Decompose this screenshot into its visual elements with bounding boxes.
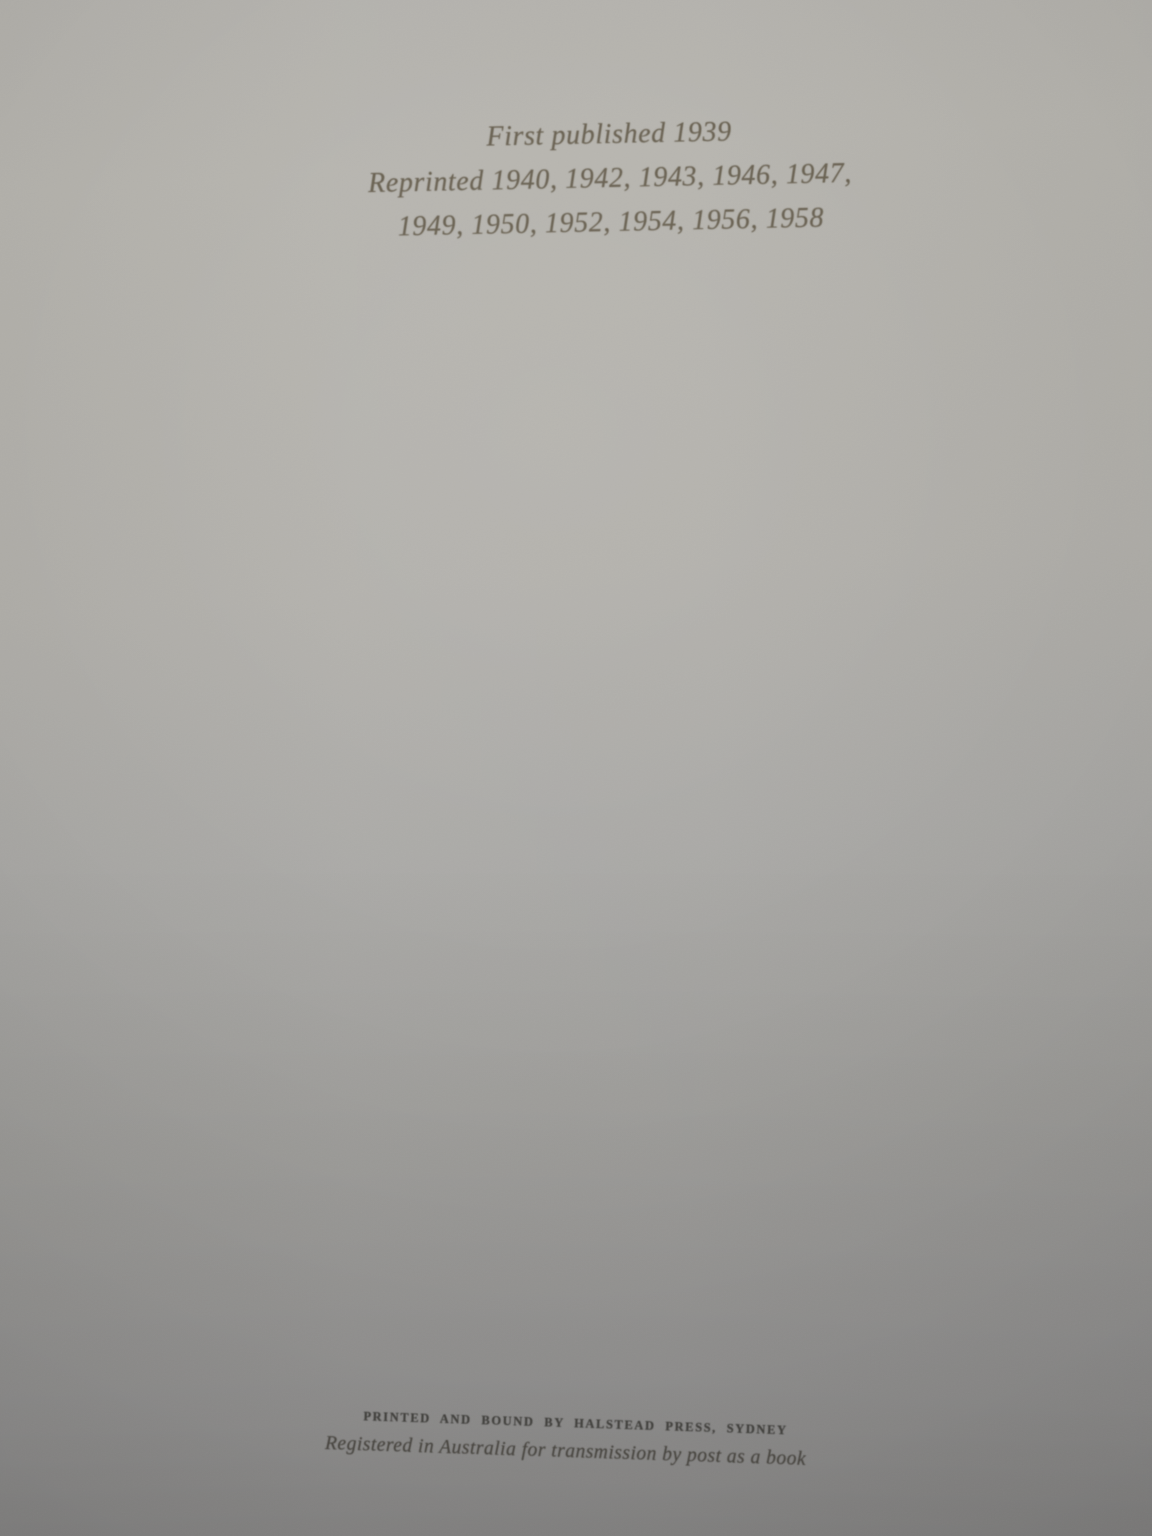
imprint-block: First published 1939 Reprinted 1940, 194… [367,108,853,250]
reprinted-years-line-2: 1949, 1950, 1952, 1954, 1956, 1958 [369,196,854,250]
colophon-block: PRINTED AND BOUND BY HALSTEAD PRESS, SYD… [325,1402,808,1476]
book-imprint-page: First published 1939 Reprinted 1940, 194… [0,0,1152,1536]
